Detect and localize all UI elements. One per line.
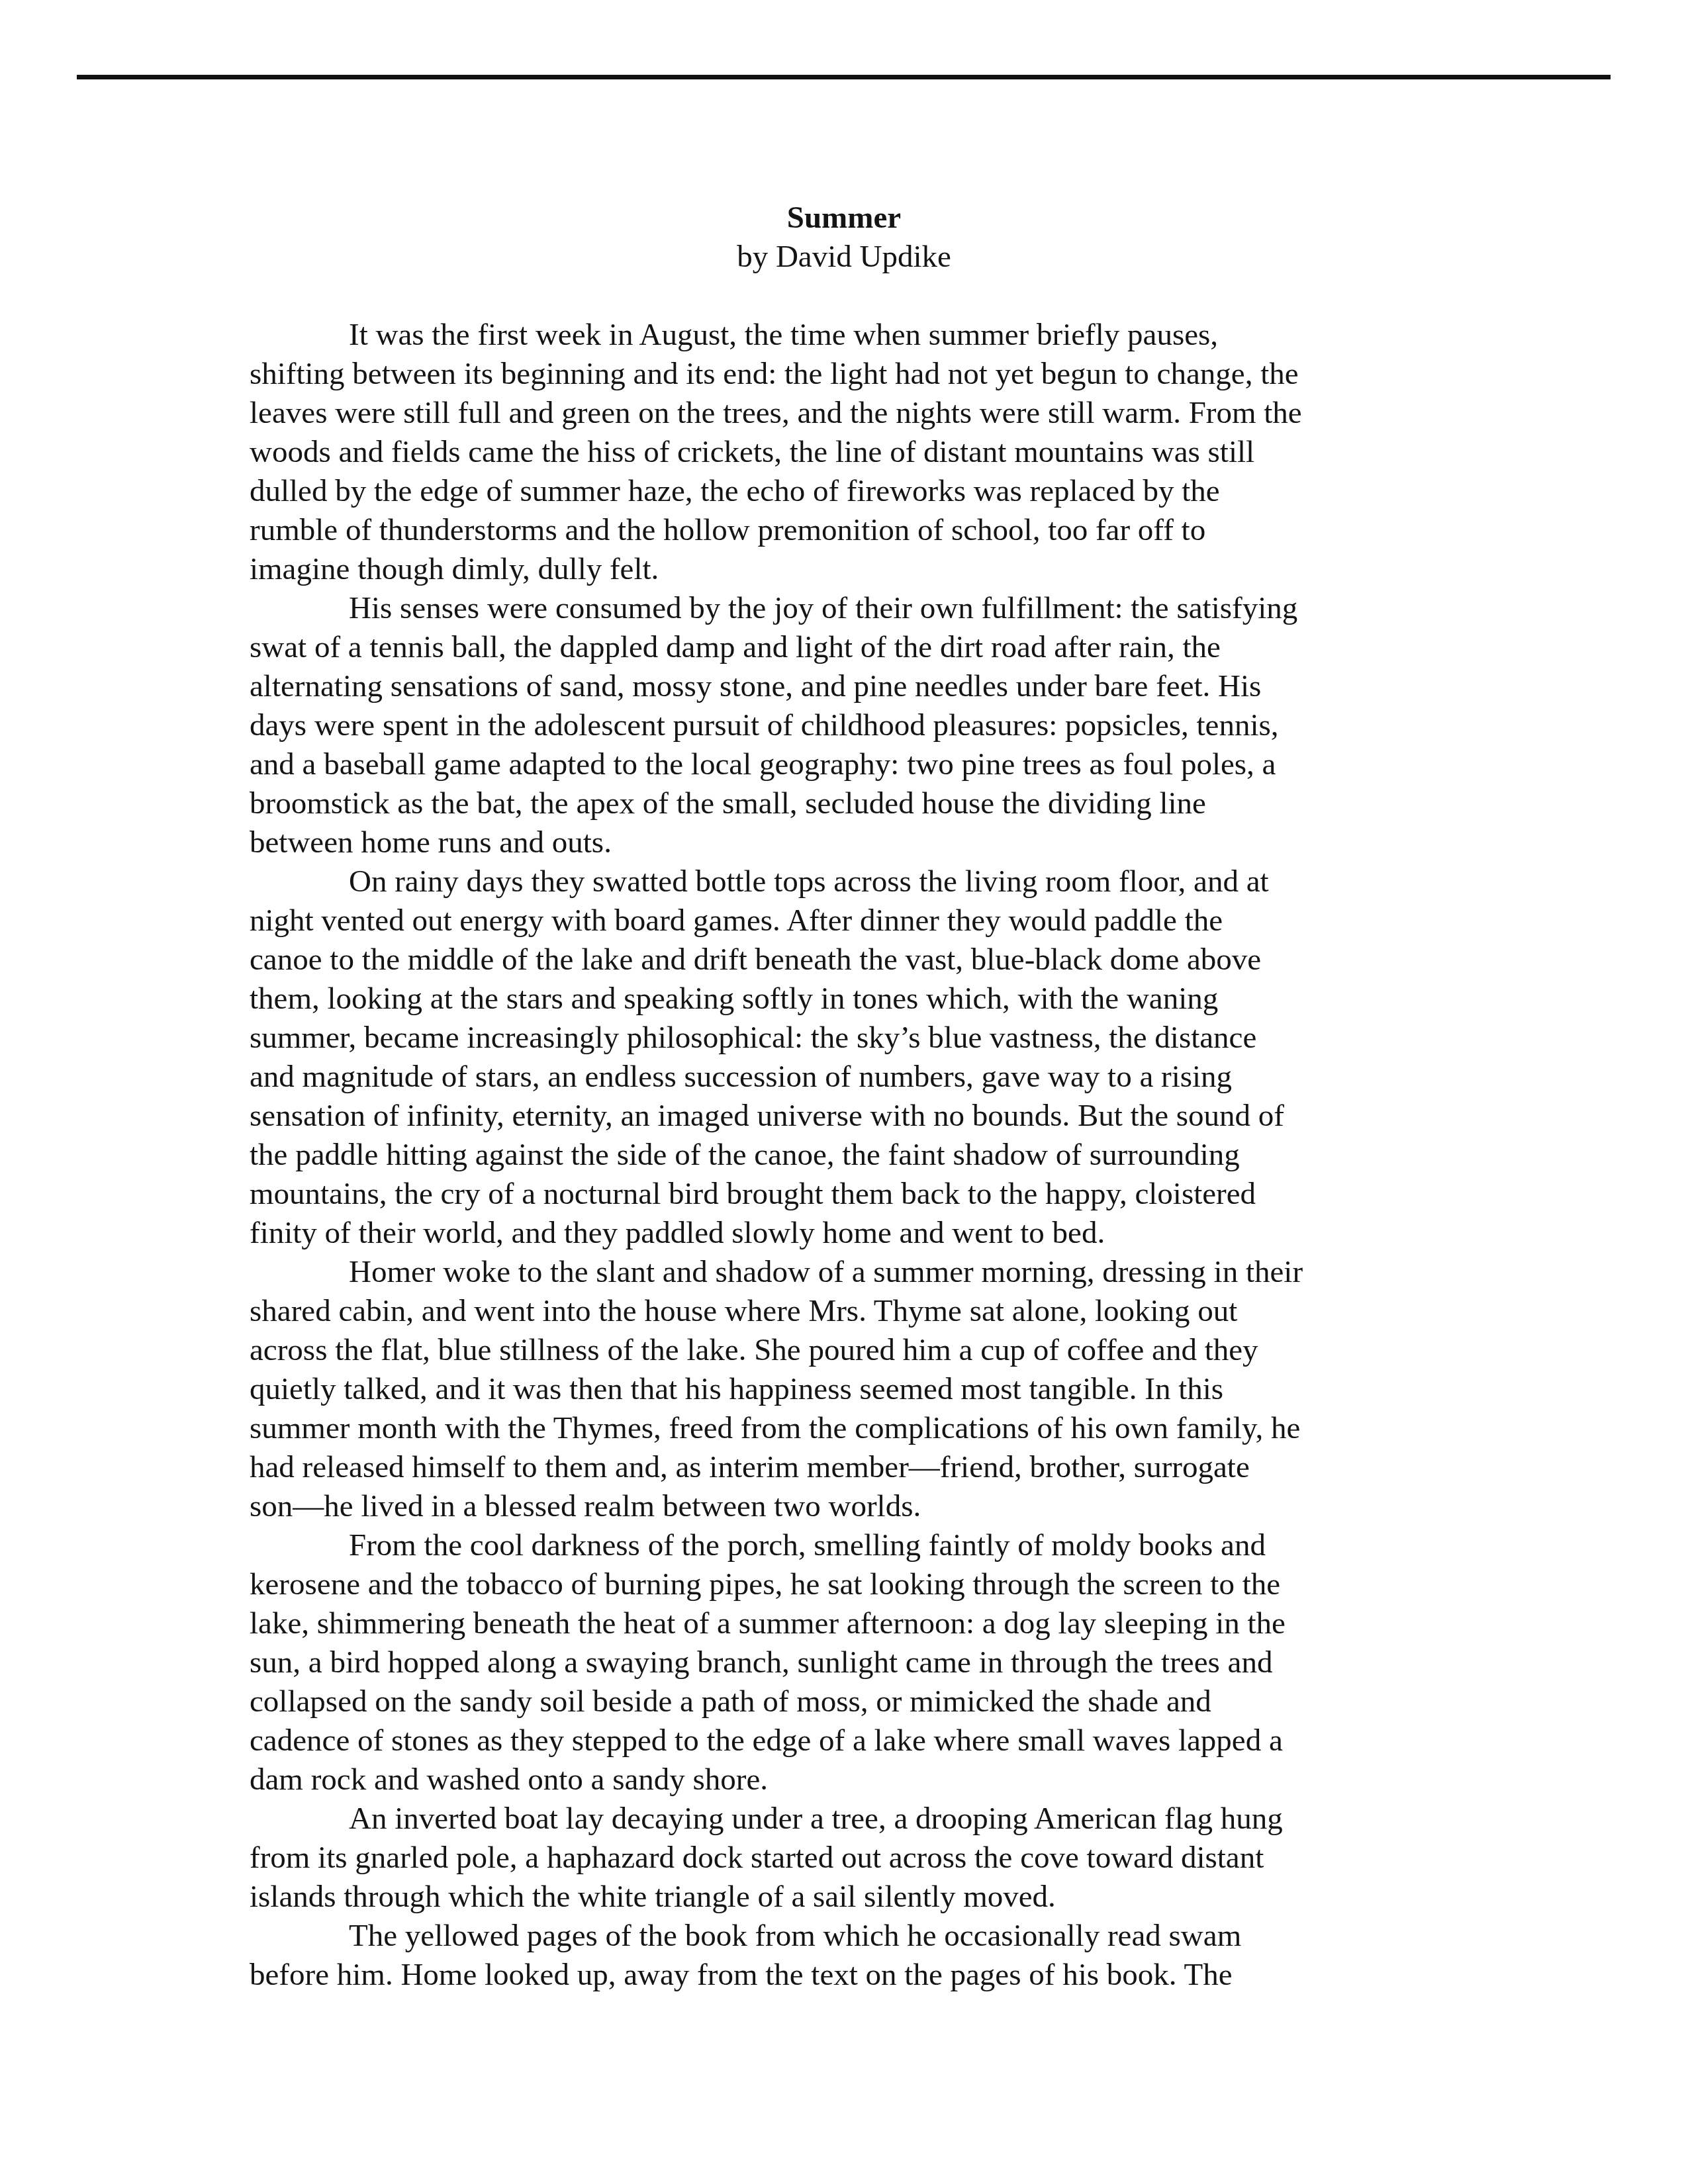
body-line: swat of a tennis ball, the dappled damp … [250,628,1438,667]
body-line: sun, a bird hopped along a swaying branc… [250,1643,1438,1682]
document-content: Summer by David Updike It was the first … [250,199,1438,1995]
body-line: It was the first week in August, the tim… [250,316,1438,355]
body-line: On rainy days they swatted bottle tops a… [250,862,1438,901]
body-line: the paddle hitting against the side of t… [250,1136,1438,1175]
body-line: islands through which the white triangle… [250,1878,1438,1917]
body-line: between home runs and outs. [250,823,1438,862]
body-line: and a baseball game adapted to the local… [250,745,1438,784]
body-line: summer, became increasingly philosophica… [250,1019,1438,1058]
body-line: His senses were consumed by the joy of t… [250,589,1438,628]
story-body: It was the first week in August, the tim… [250,316,1438,1995]
body-line: shared cabin, and went into the house wh… [250,1292,1438,1331]
body-line: dulled by the edge of summer haze, the e… [250,472,1438,511]
header-rule [77,75,1611,79]
body-line: rumble of thunderstorms and the hollow p… [250,511,1438,550]
title-body-spacer [250,277,1438,316]
body-line: night vented out energy with board games… [250,901,1438,940]
body-line: woods and fields came the hiss of cricke… [250,433,1438,472]
body-line: lake, shimmering beneath the heat of a s… [250,1604,1438,1643]
body-line: days were spent in the adolescent pursui… [250,706,1438,745]
body-line: An inverted boat lay decaying under a tr… [250,1799,1438,1839]
body-line: From the cool darkness of the porch, sme… [250,1526,1438,1565]
body-line: shifting between its beginning and its e… [250,355,1438,394]
body-line: leaves were still full and green on the … [250,394,1438,433]
body-line: broomstick as the bat, the apex of the s… [250,784,1438,823]
story-byline: by David Updike [250,238,1438,277]
body-line: collapsed on the sandy soil beside a pat… [250,1682,1438,1721]
body-line: dam rock and washed onto a sandy shore. [250,1760,1438,1799]
body-line: quietly talked, and it was then that his… [250,1370,1438,1409]
body-line: and magnitude of stars, an endless succe… [250,1058,1438,1097]
body-line: had released himself to them and, as int… [250,1448,1438,1487]
body-line: mountains, the cry of a nocturnal bird b… [250,1175,1438,1214]
body-line: before him. Home looked up, away from th… [250,1956,1438,1995]
body-line: kerosene and the tobacco of burning pipe… [250,1565,1438,1604]
body-line: from its gnarled pole, a haphazard dock … [250,1839,1438,1878]
story-title: Summer [250,199,1438,238]
body-line: alternating sensations of sand, mossy st… [250,667,1438,706]
body-line: them, looking at the stars and speaking … [250,979,1438,1019]
body-line: finity of their world, and they paddled … [250,1214,1438,1253]
body-line: cadence of stones as they stepped to the… [250,1721,1438,1760]
body-line: sensation of infinity, eternity, an imag… [250,1097,1438,1136]
body-line: canoe to the middle of the lake and drif… [250,940,1438,979]
body-line: The yellowed pages of the book from whic… [250,1917,1438,1956]
body-line: summer month with the Thymes, freed from… [250,1409,1438,1448]
body-line: son—he lived in a blessed realm between … [250,1487,1438,1526]
body-line: Homer woke to the slant and shadow of a … [250,1253,1438,1292]
document-page: Summer by David Updike It was the first … [0,0,1688,2184]
body-line: imagine though dimly, dully felt. [250,550,1438,589]
body-line: across the flat, blue stillness of the l… [250,1331,1438,1370]
